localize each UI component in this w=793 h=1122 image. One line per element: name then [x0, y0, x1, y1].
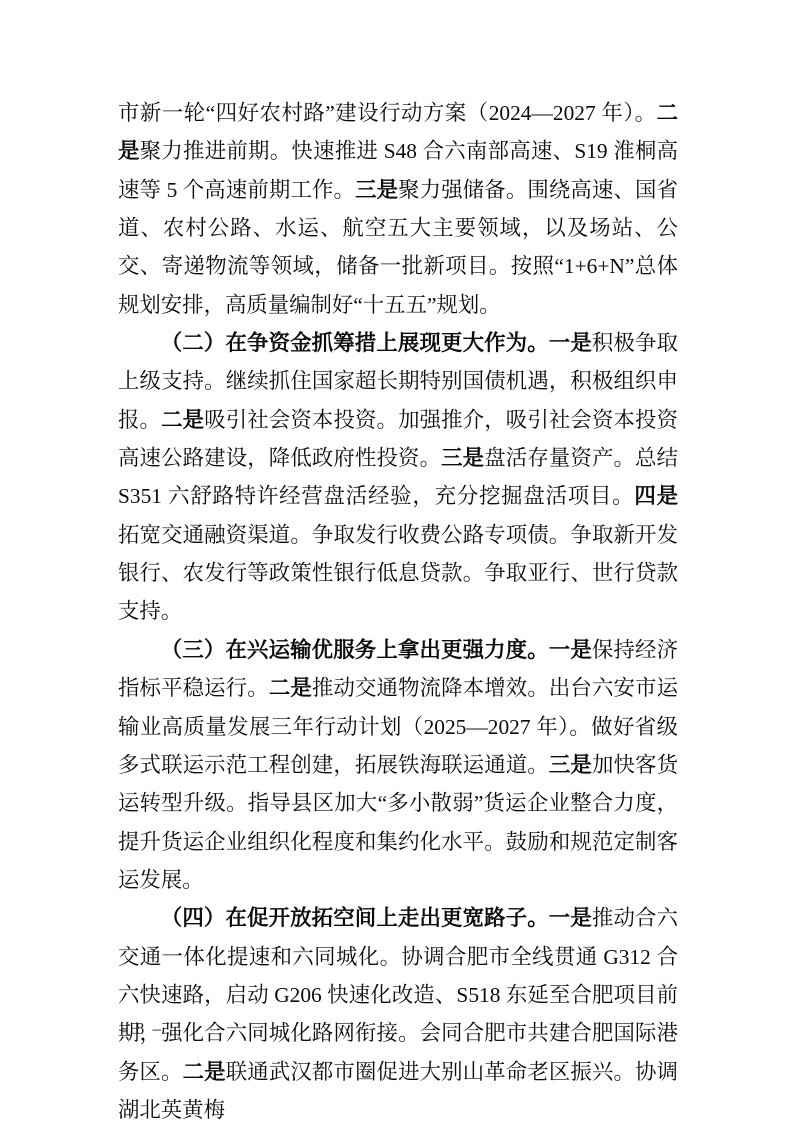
emphasis-run: 二是	[269, 676, 312, 700]
paragraph: （二）在争资金抓筹措上展现更大作为。一是积极争取上级支持。继续抓住国家超长期特别…	[118, 324, 678, 631]
emphasis-run: 二是	[161, 408, 204, 432]
text-run: 拓宽交通融资渠道。争取发行收费公路专项债。争取新开发银行、农发行等政策性银行低息…	[118, 523, 678, 624]
document-body: 市新一轮“四好农村路”建设行动方案（2024—2027 年）。二是聚力推进前期。…	[118, 94, 678, 1122]
emphasis-run: （四）在促开放拓空间上走出更宽路子。	[161, 906, 549, 930]
emphasis-run: 三是	[549, 753, 592, 777]
emphasis-run: 一是	[549, 331, 592, 355]
text-run: 市新一轮“四好农村路”建设行动方案（2024—2027 年）。	[118, 101, 657, 125]
emphasis-run: （二）在争资金抓筹措上展现更大作为。	[161, 331, 549, 355]
text-run: 推动合六交通一体化提速和六同城化。协调合肥市全线贯通 G312 合六快速路，启动…	[118, 906, 678, 1083]
emphasis-run: （三）在兴运输优服务上拿出更强力度。	[161, 638, 549, 662]
emphasis-run: 一是	[549, 638, 592, 662]
paragraph: （三）在兴运输优服务上拿出更强力度。一是保持经济指标平稳运行。二是推动交通物流降…	[118, 631, 678, 899]
emphasis-run: 三是	[441, 446, 484, 470]
emphasis-run: 四是	[634, 484, 678, 508]
emphasis-run: 三是	[355, 178, 398, 202]
document-page: 市新一轮“四好农村路”建设行动方案（2024—2027 年）。二是聚力推进前期。…	[0, 0, 793, 1122]
paragraph: （四）在促开放拓空间上走出更宽路子。一是推动合六交通一体化提速和六同城化。协调合…	[118, 899, 678, 1122]
emphasis-run: 一是	[549, 906, 592, 930]
paragraph: 市新一轮“四好农村路”建设行动方案（2024—2027 年）。二是聚力推进前期。…	[118, 94, 678, 324]
emphasis-run: 二是	[183, 1060, 226, 1084]
page-number: – 8 –	[119, 1019, 163, 1039]
